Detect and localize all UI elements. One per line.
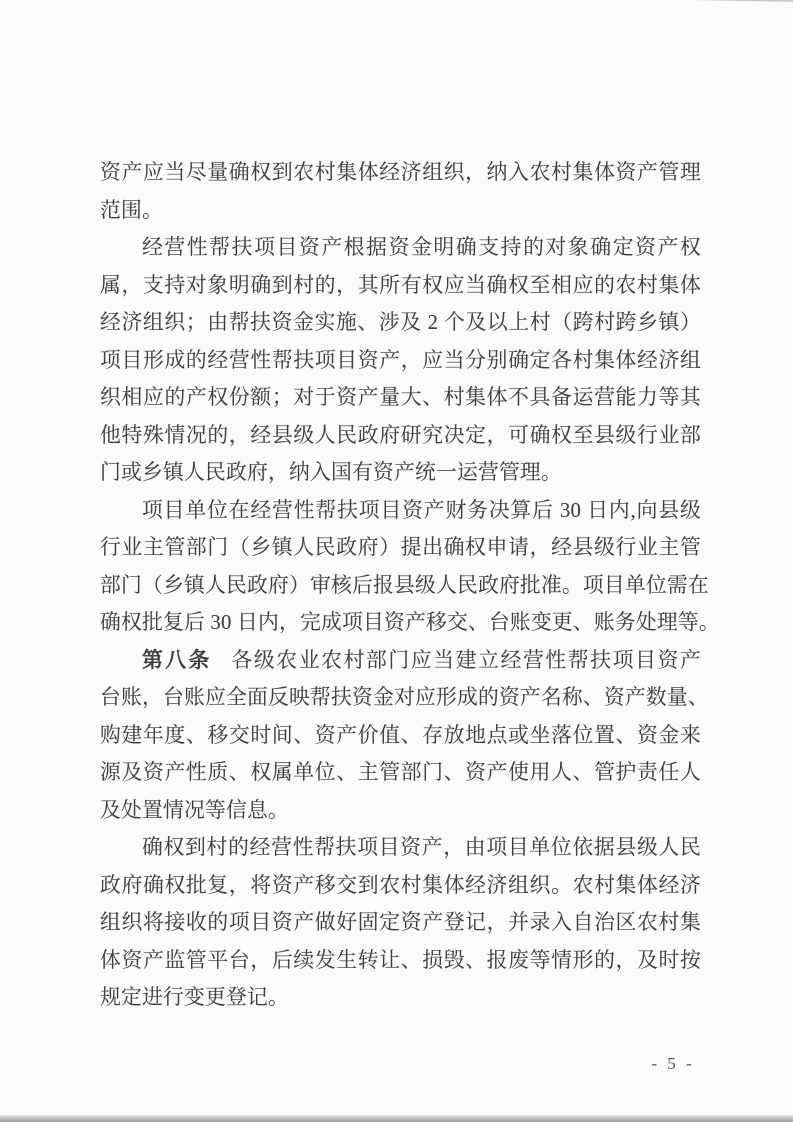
text-line: 部门（乡镇人民政府）审核后报县级人民政府批准。项目单位需在: [100, 567, 701, 605]
text-line: 他特殊情况的，经县级人民政府研究决定，可确权至县级行业部: [100, 417, 701, 455]
text-line: 经营性帮扶项目资产根据资金明确支持的对象确定资产权: [100, 229, 701, 267]
text-line: 经济组织；由帮扶资金实施、涉及 2 个及以上村（跨村跨乡镇）: [100, 304, 701, 342]
text-line: 门或乡镇人民政府，纳入国有资产统一运营管理。: [100, 454, 701, 492]
text-line: 台账，台账应全面反映帮扶资金对应形成的资产名称、资产数量、: [100, 679, 701, 717]
text-line: 资产应当尽量确权到农村集体经济组织，纳入农村集体资产管理: [100, 154, 701, 192]
text-line: 确权批复后 30 日内，完成项目资产移交、台账变更、账务处理等。: [100, 604, 701, 642]
scan-edge-top-artifact: [587, 0, 793, 2]
article-number: 第八条: [142, 649, 212, 672]
text-line: 项目形成的经营性帮扶项目资产，应当分别确定各村集体经济组: [100, 342, 701, 380]
text-line: 属，支持对象明确到村的，其所有权应当确权至相应的农村集体: [100, 267, 701, 305]
text-line: 及处置情况等信息。: [100, 792, 701, 830]
text-line: 购建年度、移交时间、资产价值、存放地点或坐落位置、资金来: [100, 717, 701, 755]
scan-edge-bottom-artifact: [0, 1115, 793, 1122]
document-page: 资产应当尽量确权到农村集体经济组织，纳入农村集体资产管理范围。经营性帮扶项目资产…: [0, 0, 793, 1122]
text-line: 规定进行变更登记。: [100, 979, 701, 1017]
text-line: 范围。: [100, 192, 701, 230]
text-line: 源及资产性质、权属单位、主管部门、资产使用人、管护责任人: [100, 754, 701, 792]
text-line: 行业主管部门（乡镇人民政府）提出确权申请，经县级行业主管: [100, 529, 701, 567]
text-line: 政府确权批复，将资产移交到农村集体经济组织。农村集体经济: [100, 867, 701, 905]
text-line: 组织将接收的项目资产做好固定资产登记，并录入自治区农村集: [100, 904, 701, 942]
text-line: 第八条各级农业农村部门应当建立经营性帮扶项目资产: [100, 642, 701, 680]
text-line: 确权到村的经营性帮扶项目资产，由项目单位依据县级人民: [100, 829, 701, 867]
text-line: 项目单位在经营性帮扶项目资产财务决算后 30 日内,向县级: [100, 492, 701, 530]
document-body: 资产应当尽量确权到农村集体经济组织，纳入农村集体资产管理范围。经营性帮扶项目资产…: [100, 154, 701, 1017]
text-line: 织相应的产权份额；对于资产量大、村集体不具备运营能力等其: [100, 379, 701, 417]
page-number: - 5 -: [638, 1052, 708, 1076]
text-line: 体资产监管平台，后续发生转让、损毁、报废等情形的，及时按: [100, 942, 701, 980]
